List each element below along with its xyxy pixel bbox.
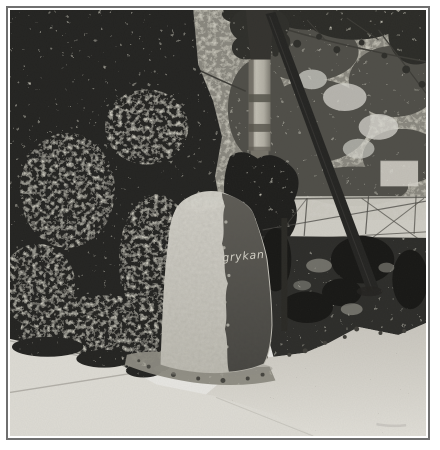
photo-scene: grykan	[10, 10, 426, 436]
page: grykan	[0, 0, 440, 450]
photo-frame: grykan	[6, 6, 430, 440]
photograph: grykan	[10, 10, 426, 436]
film-grain	[10, 10, 426, 436]
